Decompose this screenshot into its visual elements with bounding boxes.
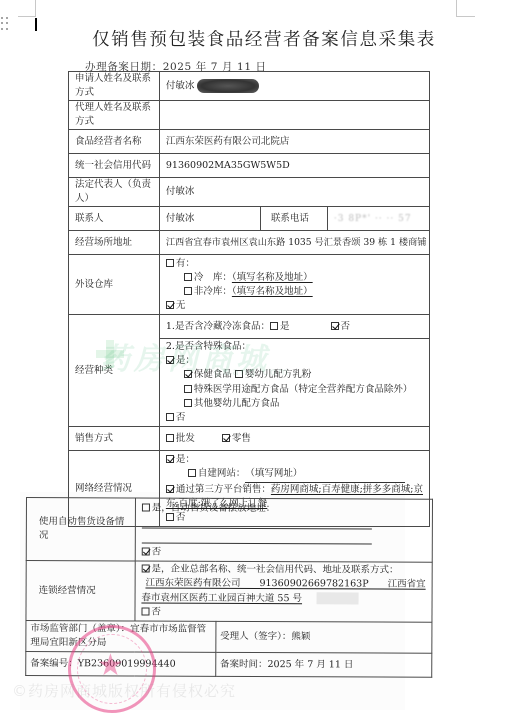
redacted-contact bbox=[316, 592, 358, 604]
value-receiver: 受理人（签字）：熊颖 bbox=[216, 622, 432, 654]
row-contact: 联系人 付敏冰 联系电话 ·3 8P*' ·· ·· 57 bbox=[69, 207, 430, 231]
checkbox-cold-food-yes[interactable] bbox=[270, 322, 278, 330]
value-operator-name: 江西东荣医药有限公司北院店 bbox=[159, 130, 429, 154]
value-dept: 市场监管部门（盖章）：宜春市市场监督管理局宜阳新区分局 bbox=[26, 621, 216, 653]
value-record-no: 备案编号：YB23609019994440 bbox=[26, 652, 216, 677]
checkbox-retail[interactable] bbox=[222, 434, 230, 442]
label-contact: 联系人 bbox=[69, 207, 160, 231]
value-business-type-q1: 1.是否含冷藏冷冻食品：是 否 bbox=[159, 315, 429, 339]
redacted-phone bbox=[197, 79, 259, 93]
checkbox-infant-formula[interactable] bbox=[235, 370, 243, 378]
value-business-type-q2: 2.是否含特殊食品： 是： 保健食品 婴幼儿配方乳粉 特殊医学用途配方食品（特定… bbox=[159, 339, 429, 427]
label-warehouse: 外设仓库 bbox=[69, 255, 160, 315]
checkbox-vending-no[interactable] bbox=[142, 548, 150, 556]
value-chain: 是，企业总部名称、统一社会信用代码、地址及联系方式： 江西东荣医药有限公司 91… bbox=[135, 561, 432, 622]
value-sales-mode: 批发 零售 bbox=[159, 427, 429, 451]
label-sales-mode: 销售方式 bbox=[69, 427, 160, 451]
row-warehouse: 外设仓库 有： 冷 库：（填写名称及地址） 非冷库：（填写名称及地址） 无 bbox=[69, 255, 430, 315]
label-legal-rep: 法定代表人（负责人） bbox=[69, 178, 160, 207]
online-third-party[interactable]: 通过第三方平台销售：药房网商城;百寿健康;拼多多商城;京 bbox=[166, 483, 423, 497]
vending-yes[interactable]: 是，自动售货设备摆放地址： bbox=[142, 502, 426, 517]
vending-address-line-2[interactable] bbox=[142, 531, 372, 545]
value-credit-code: 91360902MA35GW5W5D bbox=[159, 154, 429, 178]
row-credit-code: 统一社会信用代码 91360902MA35GW5W5D bbox=[69, 154, 430, 178]
value-address: 江西省宜春市袁州区袁山东路 1035 号汇景香颂 39 栋 1 楼商铺 bbox=[159, 231, 429, 255]
special-food-yes[interactable]: 是： bbox=[166, 354, 423, 368]
value-vending: 是，自动售货设备摆放地址： 否 bbox=[135, 498, 432, 562]
checkbox-special-food-yes[interactable] bbox=[166, 356, 174, 364]
value-warehouse: 有： 冷 库：（填写名称及地址） 非冷库：（填写名称及地址） 无 bbox=[159, 255, 429, 315]
value-legal-rep: 付敏冰 bbox=[159, 178, 429, 207]
checkbox-warehouse-cold[interactable] bbox=[184, 273, 192, 281]
label-chain: 连锁经营情况 bbox=[26, 561, 135, 622]
value-agent bbox=[159, 101, 429, 130]
online-own-site[interactable]: 自建网站：（填写网址） bbox=[166, 467, 423, 482]
row-applicant: 申请人姓名及联系方式 付敏冰 bbox=[69, 72, 430, 101]
checkbox-other-infant-food[interactable] bbox=[184, 399, 192, 407]
special-food-no[interactable]: 否 bbox=[166, 411, 423, 425]
warehouse-none[interactable]: 无 bbox=[166, 299, 423, 313]
special-food-row3: 其他婴幼儿配方食品 bbox=[166, 397, 423, 411]
crop-mark-top-left bbox=[18, 0, 36, 17]
row-record: 备案编号：YB23609019994440 备案时间：2025 年 7 月 11… bbox=[26, 652, 432, 678]
warehouse-cold[interactable]: 冷 库：（填写名称及地址） bbox=[166, 271, 423, 285]
chain-no[interactable]: 否 bbox=[141, 605, 425, 621]
vending-address-line-1[interactable] bbox=[142, 516, 372, 530]
checkbox-chain-yes[interactable] bbox=[142, 565, 150, 573]
chain-hq-line1: 江西东荣医药有限公司 9136090266978216​3P 江西省宜 bbox=[141, 577, 425, 593]
label-agent: 代理人姓名及联系方式 bbox=[69, 101, 160, 130]
label-vending: 使用自动售货设备情况 bbox=[26, 498, 135, 561]
info-table-lower: 使用自动售货设备情况 是，自动售货设备摆放地址： 否 连锁经营情况 是，企业总部… bbox=[25, 497, 433, 678]
online-yes[interactable]: 是： bbox=[166, 453, 423, 467]
label-credit-code: 统一社会信用代码 bbox=[69, 154, 160, 178]
checkbox-health-food[interactable] bbox=[184, 370, 192, 378]
special-food-row2: 特殊医学用途配方食品（特定全营养配方食品除外） bbox=[166, 383, 423, 397]
label-applicant: 申请人姓名及联系方式 bbox=[69, 72, 160, 101]
row-vending: 使用自动售货设备情况 是，自动售货设备摆放地址： 否 bbox=[26, 498, 432, 563]
crop-mark-top-right bbox=[456, 0, 475, 17]
checkbox-third-party[interactable] bbox=[166, 485, 174, 493]
label-business-type: 经营种类 bbox=[69, 315, 160, 427]
checkbox-cold-food-no[interactable] bbox=[331, 322, 339, 330]
info-table-upper: 申请人姓名及联系方式 付敏冰 代理人姓名及联系方式 食品经营者名称 江西东荣医药… bbox=[68, 71, 430, 527]
checkbox-own-site[interactable] bbox=[188, 469, 196, 477]
chain-yes[interactable]: 是，企业总部名称、统一社会信用代码、地址及联系方式： bbox=[142, 563, 426, 579]
checkbox-chain-no[interactable] bbox=[141, 607, 149, 615]
checkbox-vending-yes[interactable] bbox=[142, 504, 150, 512]
label-operator-name: 食品经营者名称 bbox=[69, 130, 160, 154]
label-address: 经营场所地址 bbox=[69, 231, 160, 255]
row-business-type-q1: 经营种类 1.是否含冷藏冷冻食品：是 否 bbox=[69, 315, 430, 339]
checkbox-online-yes[interactable] bbox=[166, 455, 174, 463]
value-phone: ·3 8P*' ·· ·· 57 bbox=[327, 207, 429, 231]
value-contact: 付敏冰 bbox=[159, 207, 260, 231]
checkbox-warehouse-non-cold[interactable] bbox=[184, 287, 192, 295]
row-sales-mode: 销售方式 批发 零售 bbox=[69, 427, 430, 451]
warehouse-non-cold[interactable]: 非冷库：（填写名称及地址） bbox=[166, 285, 423, 299]
vending-no[interactable]: 否 bbox=[142, 546, 426, 561]
checkbox-warehouse-none[interactable] bbox=[166, 301, 174, 309]
row-legal-rep: 法定代表人（负责人） 付敏冰 bbox=[69, 178, 430, 207]
chain-hq-line2: 春市袁州区医药工业园百神大道 55 号 bbox=[141, 591, 425, 607]
row-chain: 连锁经营情况 是，企业总部名称、统一社会信用代码、地址及联系方式： 江西东荣医药… bbox=[26, 561, 432, 623]
row-operator-name: 食品经营者名称 江西东荣医药有限公司北院店 bbox=[69, 130, 430, 154]
checkbox-warehouse-yes[interactable] bbox=[166, 259, 174, 267]
checkbox-medical-food[interactable] bbox=[184, 385, 192, 393]
document-title: 仅销售预包装食品经营者备案信息采集表 bbox=[0, 26, 528, 51]
watermark-bottom: ©药房网商城版权所有侵权必究 bbox=[12, 680, 236, 701]
value-record-time: 备案时间：2025 年 7 月 11 日 bbox=[215, 653, 431, 678]
row-dept-receiver: 市场监管部门（盖章）：宜春市市场监督管理局宜阳新区分局 受理人（签字）：熊颖 bbox=[26, 621, 432, 654]
special-food-row1: 保健食品 婴幼儿配方乳粉 bbox=[166, 368, 423, 382]
checkbox-wholesale[interactable] bbox=[166, 434, 174, 442]
checkbox-special-food-no[interactable] bbox=[166, 413, 174, 421]
warehouse-yes[interactable]: 有： bbox=[166, 257, 423, 271]
label-phone: 联系电话 bbox=[260, 207, 327, 231]
value-applicant: 付敏冰 bbox=[159, 72, 429, 101]
row-agent: 代理人姓名及联系方式 bbox=[69, 101, 430, 130]
row-address: 经营场所地址 江西省宜春市袁州区袁山东路 1035 号汇景香颂 39 栋 1 楼… bbox=[69, 231, 430, 255]
